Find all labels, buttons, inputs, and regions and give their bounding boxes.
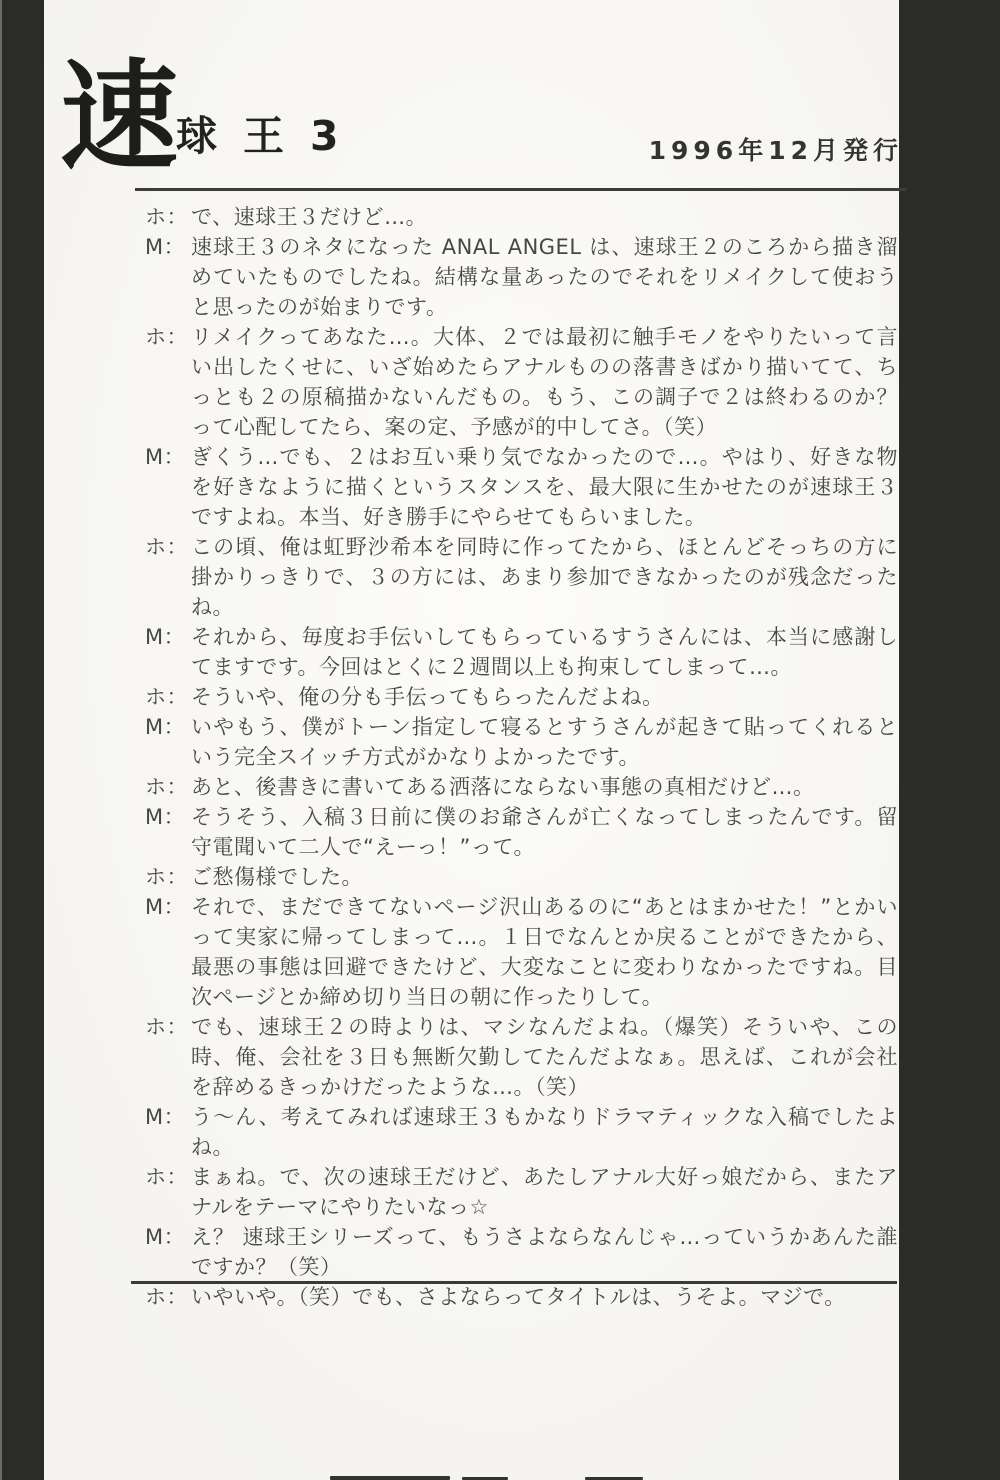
dialogue-text: いやいや。（笑）でも、さよならってタイトルは、うそよ。マジで。 bbox=[191, 1282, 898, 1312]
dialogue-row: M： それで、まだできてないページ沢山あるのに“あとはまかせた！”とかいって実家… bbox=[145, 892, 898, 1012]
dialogue-text: リメイクってあなた…。大体、２では最初に触手モノをやりたいって言い出したくせに、… bbox=[191, 322, 898, 442]
dialogue-row: ホ： でも、速球王２の時よりは、マシなんだよね。（爆笑）そういや、この時、俺、会… bbox=[145, 1012, 898, 1102]
scan-artifact bbox=[330, 1476, 450, 1480]
speaker-label: M： bbox=[145, 622, 191, 652]
speaker-label: ホ： bbox=[145, 772, 191, 802]
speaker-label: ホ： bbox=[145, 322, 191, 352]
dialogue-text: あと、後書きに書いてある洒落にならない事態の真相だけど…。 bbox=[191, 772, 898, 802]
right-black-bar bbox=[899, 0, 1000, 1480]
dialogue-text: え？ 速球王シリーズって、もうさよならなんじゃ…っていうかあんた誰ですか？（笑） bbox=[191, 1222, 898, 1282]
scanned-page: 速 球王3 1996年12月発行 ホ： で、速球王３だけど…。 M： 速球王３の… bbox=[0, 0, 1000, 1480]
dialogue-text: ぎくう…でも、２はお互い乗り気でなかったので…。やはり、好きな物を好きなように描… bbox=[191, 442, 898, 532]
speaker-label: ホ： bbox=[145, 1282, 191, 1312]
publication-date: 1996年12月発行 bbox=[649, 136, 903, 166]
speaker-label: ホ： bbox=[145, 1012, 191, 1042]
dialogue-text: で、速球王３だけど…。 bbox=[191, 202, 898, 232]
dialogue-text: いやもう、僕がトーン指定して寝るとすうさんが起きて貼ってくれるという完全スイッチ… bbox=[191, 712, 898, 772]
dialogue-text: まぁね。で、次の速球王だけど、あたしアナル大好っ娘だから、またアナルをテーマにや… bbox=[191, 1162, 898, 1222]
dialogue-text: でも、速球王２の時よりは、マシなんだよね。（爆笑）そういや、この時、俺、会社を３… bbox=[191, 1012, 898, 1102]
dialogue-text: それで、まだできてないページ沢山あるのに“あとはまかせた！”とかいって実家に帰っ… bbox=[191, 892, 898, 1012]
speaker-label: ホ： bbox=[145, 1162, 191, 1192]
dialogue-row: ホ： いやいや。（笑）でも、さよならってタイトルは、うそよ。マジで。 bbox=[145, 1282, 898, 1312]
dialogue-row: ホ： あと、後書きに書いてある洒落にならない事態の真相だけど…。 bbox=[145, 772, 898, 802]
dialogue-text: ご愁傷様でした。 bbox=[191, 862, 898, 892]
dialogue-row: M： いやもう、僕がトーン指定して寝るとすうさんが起きて貼ってくれるという完全ス… bbox=[145, 712, 898, 772]
speaker-label: ホ： bbox=[145, 202, 191, 232]
speaker-label: M： bbox=[145, 1222, 191, 1252]
speaker-label: M： bbox=[145, 1102, 191, 1132]
dialogue-text: そうそう、入稿３日前に僕のお爺さんが亡くなってしまったんです。留守電聞いて二人で… bbox=[191, 802, 898, 862]
speaker-label: ホ： bbox=[145, 682, 191, 712]
dialogue-text: それから、毎度お手伝いしてもらっているすうさんには、本当に感謝してますです。今回… bbox=[191, 622, 898, 682]
dialogue-text: この頃、俺は虹野沙希本を同時に作ってたから、ほとんどそっちの方に掛かりっきりで、… bbox=[191, 532, 898, 622]
speaker-label: M： bbox=[145, 802, 191, 832]
dialogue-row: M： え？ 速球王シリーズって、もうさよならなんじゃ…っていうかあんた誰ですか？… bbox=[145, 1222, 898, 1282]
dialogue-row: M： それから、毎度お手伝いしてもらっているすうさんには、本当に感謝してますです… bbox=[145, 622, 898, 682]
speaker-label: ホ： bbox=[145, 532, 191, 562]
speaker-label: M： bbox=[145, 442, 191, 472]
speaker-label: M： bbox=[145, 232, 191, 262]
dialogue-row: ホ： で、速球王３だけど…。 bbox=[145, 202, 898, 232]
left-black-bar bbox=[0, 0, 44, 1480]
dialogue-row: ホ： この頃、俺は虹野沙希本を同時に作ってたから、ほとんどそっちの方に掛かりっき… bbox=[145, 532, 898, 622]
dialogue-text: う～ん、考えてみれば速球王３もかなりドラマティックな入稿でしたよね。 bbox=[191, 1102, 898, 1162]
dialogue-row: ホ： リメイクってあなた…。大体、２では最初に触手モノをやりたいって言い出したく… bbox=[145, 322, 898, 442]
dialogue-row: ホ： ご愁傷様でした。 bbox=[145, 862, 898, 892]
dialogue-row: M： 速球王３のネタになった ANAL ANGEL は、速球王２のころから描き溜… bbox=[145, 232, 898, 322]
page-title-kanji: 速 bbox=[60, 58, 178, 176]
dialogue-row: M： ぎくう…でも、２はお互い乗り気でなかったので…。やはり、好きな物を好きなよ… bbox=[145, 442, 898, 532]
speaker-label: ホ： bbox=[145, 862, 191, 892]
footer-rule bbox=[131, 1281, 897, 1284]
dialogue-text: 速球王３のネタになった ANAL ANGEL は、速球王２のころから描き溜めてい… bbox=[191, 232, 898, 322]
dialogue-row: ホ： そういや、俺の分も手伝ってもらったんだよね。 bbox=[145, 682, 898, 712]
dialogue-text: そういや、俺の分も手伝ってもらったんだよね。 bbox=[191, 682, 898, 712]
dialogue-section: ホ： で、速球王３だけど…。 M： 速球王３のネタになった ANAL ANGEL… bbox=[145, 202, 898, 1312]
dialogue-row: ホ： まぁね。で、次の速球王だけど、あたしアナル大好っ娘だから、またアナルをテー… bbox=[145, 1162, 898, 1222]
header-rule bbox=[135, 188, 907, 191]
speaker-label: M： bbox=[145, 712, 191, 742]
speaker-label: M： bbox=[145, 892, 191, 922]
dialogue-row: M： う～ん、考えてみれば速球王３もかなりドラマティックな入稿でしたよね。 bbox=[145, 1102, 898, 1162]
dialogue-row: M： そうそう、入稿３日前に僕のお爺さんが亡くなってしまったんです。留守電聞いて… bbox=[145, 802, 898, 862]
page-title-suffix: 球王3 bbox=[176, 116, 365, 157]
